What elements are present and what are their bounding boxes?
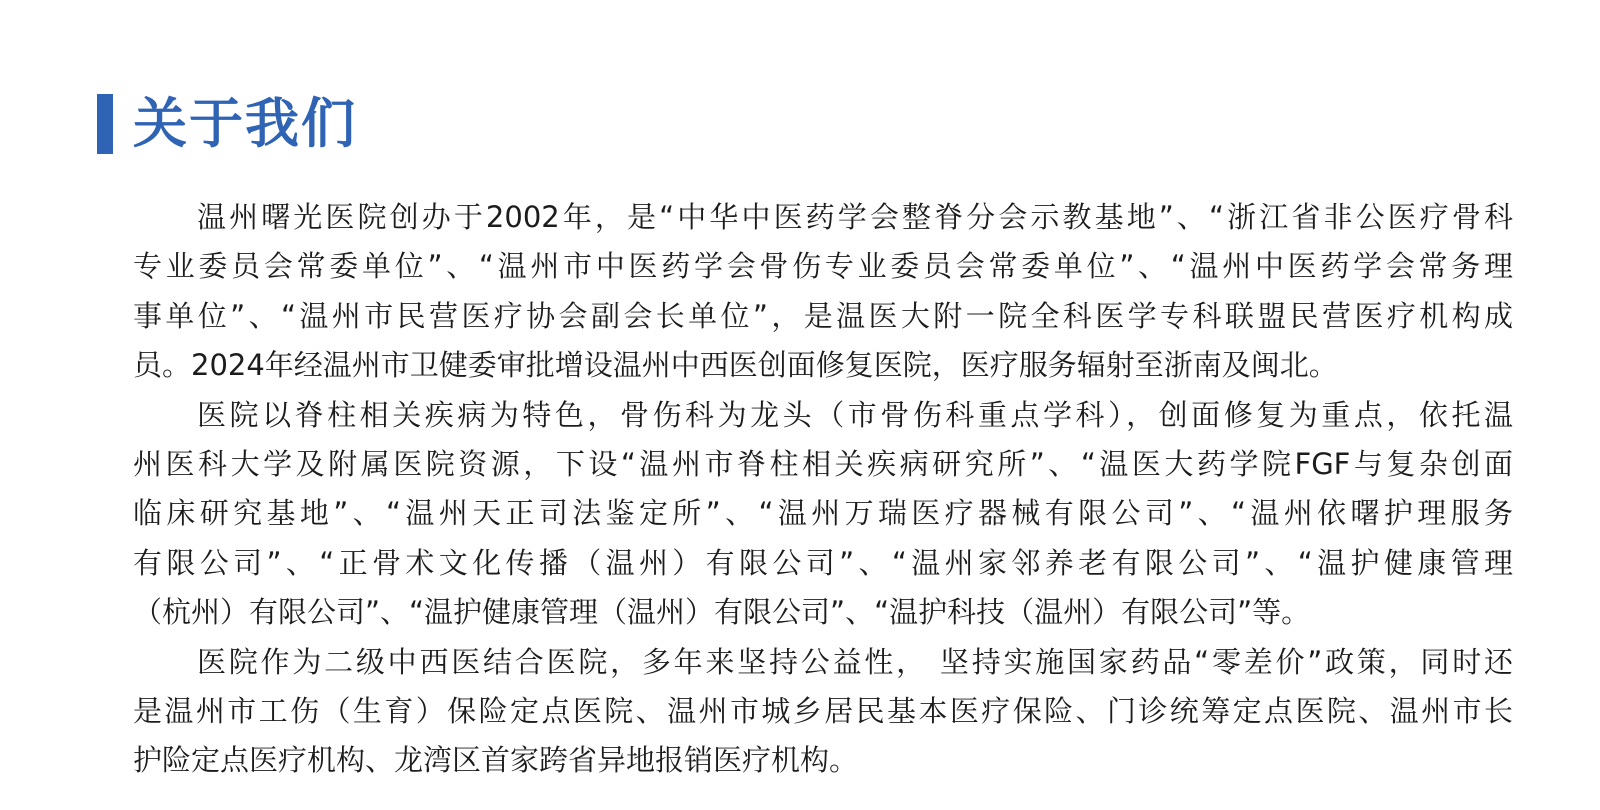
about-content: 温州曙光医院创办于2002年，是“中华中医药学会整脊分会示教基地”、“浙江省非公…: [133, 193, 1513, 786]
text-line: 州医科大学及附属医院资源，下设“温州市脊柱相关疾病研究所”、“温医大药学院FGF…: [133, 440, 1513, 489]
text-line: 事单位”、“温州市民营医疗协会副会长单位”，是温医大附一院全科医学专科联盟民营医…: [133, 292, 1513, 341]
text-line: 员。2024年经温州市卫健委审批增设温州中西医创面修复医院，医疗服务辐射至浙南及…: [133, 341, 1513, 390]
paragraph-history: 温州曙光医院创办于2002年，是“中华中医药学会整脊分会示教基地”、“浙江省非公…: [133, 193, 1513, 391]
text-line: 是温州市工伤（生育）保险定点医院、温州市城乡居民基本医疗保险、门诊统筹定点医院、…: [133, 687, 1513, 736]
text-line: 医院以脊柱相关疾病为特色，骨伤科为龙头（市骨伤科重点学科），创面修复为重点，依托…: [133, 391, 1513, 440]
paragraph-insurance: 医院作为二级中西医结合医院，多年来坚持公益性， 坚持实施国家药品“零差价”政策，…: [133, 638, 1513, 786]
paragraph-specialties: 医院以脊柱相关疾病为特色，骨伤科为龙头（市骨伤科重点学科），创面修复为重点，依托…: [133, 391, 1513, 638]
text-line: 临床研究基地”、“温州天正司法鉴定所”、“温州万瑞医疗器械有限公司”、“温州依曙…: [133, 489, 1513, 538]
text-line: 有限公司”、“正骨术文化传播（温州）有限公司”、“温州家邻养老有限公司”、“温护…: [133, 539, 1513, 588]
page-title: 关于我们: [133, 92, 357, 156]
text-line: 专业委员会常委单位”、“温州市中医药学会骨伤专业委员会常委单位”、“温州中医药学…: [133, 242, 1513, 291]
text-line: 护险定点医疗机构、龙湾区首家跨省异地报销医疗机构。: [133, 736, 1513, 785]
title-accent-bar: [97, 94, 113, 154]
text-line: 医院作为二级中西医结合医院，多年来坚持公益性， 坚持实施国家药品“零差价”政策，…: [133, 638, 1513, 687]
section-header: 关于我们: [97, 92, 357, 156]
text-line: 温州曙光医院创办于2002年，是“中华中医药学会整脊分会示教基地”、“浙江省非公…: [133, 193, 1513, 242]
text-line: （杭州）有限公司”、“温护健康管理（温州）有限公司”、“温护科技（温州）有限公司…: [133, 588, 1513, 637]
